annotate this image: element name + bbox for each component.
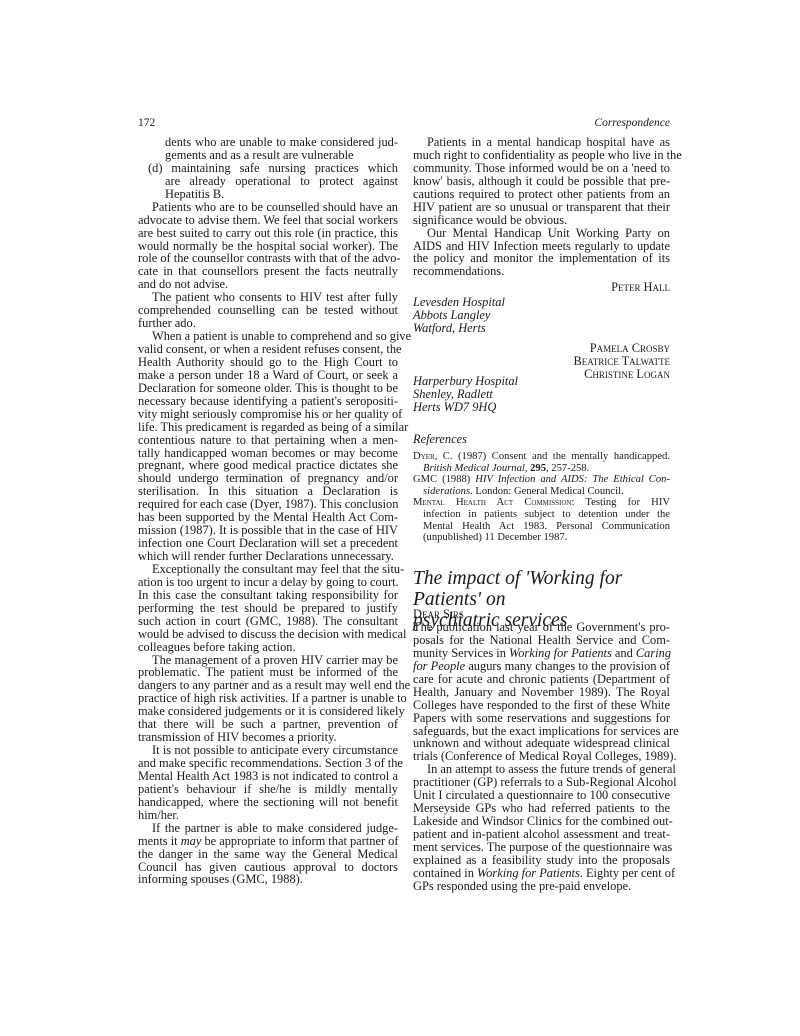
text-line: Colleges have responded to the first of … <box>413 699 670 712</box>
reference-line: Mental Health Act Commission: Testing fo… <box>413 497 670 509</box>
text-line: HIV patient are so unusual or transparen… <box>413 201 670 214</box>
signature-name: Pamela Crosby <box>413 342 670 355</box>
reference-item: Mental Health Act Commission: Testing fo… <box>413 497 670 543</box>
text-line: ment services. The purpose of the questi… <box>413 841 670 854</box>
address-harperbury: Harperbury HospitalShenley, RadlettHerts… <box>413 375 670 414</box>
text-line: contentious nature to that pertaining wh… <box>138 434 398 447</box>
reference-line: siderations. London: General Medical Cou… <box>413 486 670 498</box>
text-line: know' basis, although it could be possib… <box>413 175 670 188</box>
reference-line: infection in patients subject to detenti… <box>413 509 670 521</box>
text-line: Papers with some reservations and sugges… <box>413 712 670 725</box>
text-line: recommendations. <box>413 265 670 278</box>
text-line: valid consent, or when a resident refuse… <box>138 343 398 356</box>
text-line: In this case the consultant taking respo… <box>138 589 398 602</box>
salutation: Dear Sirs <box>413 608 670 621</box>
text-line: (d) maintaining safe nursing practices w… <box>138 162 398 175</box>
text-line: which will render further Declarations u… <box>138 550 398 563</box>
article-body: The publication last year of the Governm… <box>413 621 670 893</box>
text-line: for People augurs many changes to the pr… <box>413 660 670 673</box>
left-column: dents who are unable to make considered … <box>138 136 398 886</box>
text-line: advocate to advise them. We feel that so… <box>138 214 398 227</box>
references-heading: References <box>413 433 670 446</box>
text-line: would be advised to discuss the decision… <box>138 628 398 641</box>
text-line: The publication last year of the Governm… <box>413 621 670 634</box>
text-line: Our Mental Handicap Unit Working Party o… <box>413 227 670 240</box>
reference-item: Dyer, C. (1987) Consent and the mentally… <box>413 451 670 474</box>
reference-line: British Medical Journal, 295, 257-258. <box>413 463 670 475</box>
text-line: patient and in-patient alcohol assessmen… <box>413 828 670 841</box>
signature-peter-hall: Peter Hall <box>413 281 670 294</box>
text-line: Health, January and November 1989). The … <box>413 686 670 699</box>
text-line: If the partner is able to make considere… <box>138 822 398 835</box>
text-line: community. Those informed would be on a … <box>413 162 670 175</box>
running-head: Correspondence <box>594 117 670 129</box>
text-line: Exceptionally the consultant may feel th… <box>138 563 398 576</box>
text-line: necessary because identifying a patient'… <box>138 395 398 408</box>
text-line: such action in court (GMC, 1988). The co… <box>138 615 398 628</box>
text-line: cautions required to protect other patie… <box>413 188 670 201</box>
text-line: make a person under 18 a Ward of Court, … <box>138 369 398 382</box>
text-line: significance would be obvious. <box>413 214 670 227</box>
text-line: Health Authority should go to the High C… <box>138 356 398 369</box>
reference-item: GMC (1988) HIV Infection and AIDS: The E… <box>413 474 670 497</box>
reference-line: GMC (1988) HIV Infection and AIDS: The E… <box>413 474 670 486</box>
text-line: performing the test should be prepared t… <box>138 602 398 615</box>
text-line: informing spouses (GMC, 1988). <box>138 873 398 886</box>
text-line: ation is too urgent to incur a delay by … <box>138 576 398 589</box>
text-line: Patients in a mental handicap hospital h… <box>413 136 670 149</box>
text-line: life. This predicament is regarded as be… <box>138 421 398 434</box>
text-line: dents who are unable to make considered … <box>138 136 398 149</box>
text-line: gements and as a result are vulnerable <box>138 149 398 162</box>
page-number: 172 <box>138 117 155 129</box>
title-line: The impact of 'Working for Patients' on <box>413 568 670 610</box>
address-levesden: Levesden HospitalAbbots LangleyWatford, … <box>413 296 670 335</box>
text-line: GPs responded using the pre-paid envelop… <box>413 880 670 893</box>
text-line: Hepatitis B. <box>138 188 398 201</box>
reference-line: Mental Health Act 1983. Personal Communi… <box>413 521 670 533</box>
reference-line: (unpublished) 11 December 1987. <box>413 532 670 544</box>
text-line: are best suited to carry out this role (… <box>138 227 398 240</box>
text-line: Patients who are to be counselled should… <box>138 201 398 214</box>
signature-name: Beatrice Talwatte <box>413 355 670 368</box>
text-line: contained in Working for Patients. Eight… <box>413 867 670 880</box>
right-column-letter-end: Patients in a mental handicap hospital h… <box>413 136 670 278</box>
text-line: handicapped, where the sectioning will n… <box>138 796 398 809</box>
text-line: vity might seriously compromise his or h… <box>138 408 398 421</box>
text-line: ments it may be appropriate to inform th… <box>138 835 398 848</box>
reference-line: Dyer, C. (1987) Consent and the mentally… <box>413 451 670 463</box>
text-line: patient's behaviour if she/he is mildly … <box>138 783 398 796</box>
text-line: and make specific recommendations. Secti… <box>138 757 398 770</box>
text-line: much right to confidentiality as people … <box>413 149 670 162</box>
text-line: the danger in the same way the General M… <box>138 848 398 861</box>
text-line: care for acute and chronic patients (Dep… <box>413 673 670 686</box>
address-line: Watford, Herts <box>413 322 670 335</box>
text-line: him/her. <box>138 809 398 822</box>
address-line: Herts WD7 9HQ <box>413 401 670 414</box>
text-line: Mental Health Act 1983 is not indicated … <box>138 770 398 783</box>
references-list: Dyer, C. (1987) Consent and the mentally… <box>413 451 670 544</box>
text-line: colleagues before taking action. <box>138 641 398 654</box>
text-line: Declaration for someone older. This is t… <box>138 382 398 395</box>
text-line: are already operational to protect again… <box>138 175 398 188</box>
